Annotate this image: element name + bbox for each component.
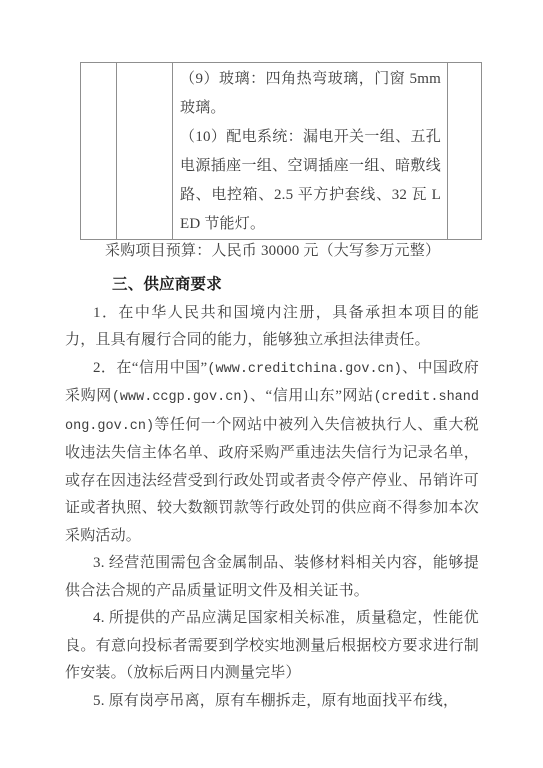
budget-line: 采购项目预算：人民币 30000 元（大写参万元整） [65, 238, 479, 266]
spec-table-content-cell: （9）玻璃：四角热弯玻璃，门窗 5mm 玻璃。 （10）配电系统：漏电开关一组、… [173, 63, 448, 240]
spec-table: （9）玻璃：四角热弯玻璃，门窗 5mm 玻璃。 （10）配电系统：漏电开关一组、… [80, 62, 482, 240]
requirement-paragraph-3: 3. 经营范围需包含金属制品、装修材料相关内容，能够提供合法合规的产品质量证明文… [65, 550, 479, 605]
requirement-2-intro: 2．在“信用中国” [93, 360, 207, 376]
url-credit-china: (www.creditchina.gov.cn) [207, 362, 401, 377]
requirement-paragraph-4: 4. 所提供的产品应满足国家相关标准，质量稳定，性能优良。有意向投标者需要到学校… [65, 605, 479, 688]
spec-table-empty-cell-3 [448, 63, 482, 240]
url-ccgp: (www.ccgp.gov.cn) [112, 390, 250, 405]
requirement-2-mid-2: 、“信用山东”网站 [250, 388, 374, 404]
spec-table-row: （9）玻璃：四角热弯玻璃，门窗 5mm 玻璃。 （10）配电系统：漏电开关一组、… [81, 63, 482, 240]
section-heading: 三、供应商要求 [112, 269, 479, 300]
requirement-2-tail: 等任何一个网站中被列入失信被执行人、重大税收违法失信主体名单、政府采购严重违法失… [65, 417, 479, 544]
document-body: 采购项目预算：人民币 30000 元（大写参万元整） 三、供应商要求 1．在中华… [65, 238, 479, 715]
spec-item-10-text: （10）配电系统：漏电开关一组、五孔电源插座一组、空调插座一组、暗敷线路、电控箱… [180, 123, 441, 239]
requirement-paragraph-2: 2．在“信用中国”(www.creditchina.gov.cn)、中国政府采购… [65, 355, 479, 551]
document-page: （9）玻璃：四角热弯玻璃，门窗 5mm 玻璃。 （10）配电系统：漏电开关一组、… [0, 0, 543, 768]
spec-item-9-text: （9）玻璃：四角热弯玻璃，门窗 5mm 玻璃。 [180, 65, 441, 123]
spec-table-empty-cell-1 [81, 63, 117, 240]
requirement-paragraph-5: 5. 原有岗亭吊离，原有车棚拆走，原有地面找平布线， [65, 688, 479, 716]
requirement-paragraph-1: 1．在中华人民共和国境内注册，具备承担本项目的能力，且具有履行合同的能力，能够独… [65, 300, 479, 355]
spec-table-empty-cell-2 [117, 63, 173, 240]
